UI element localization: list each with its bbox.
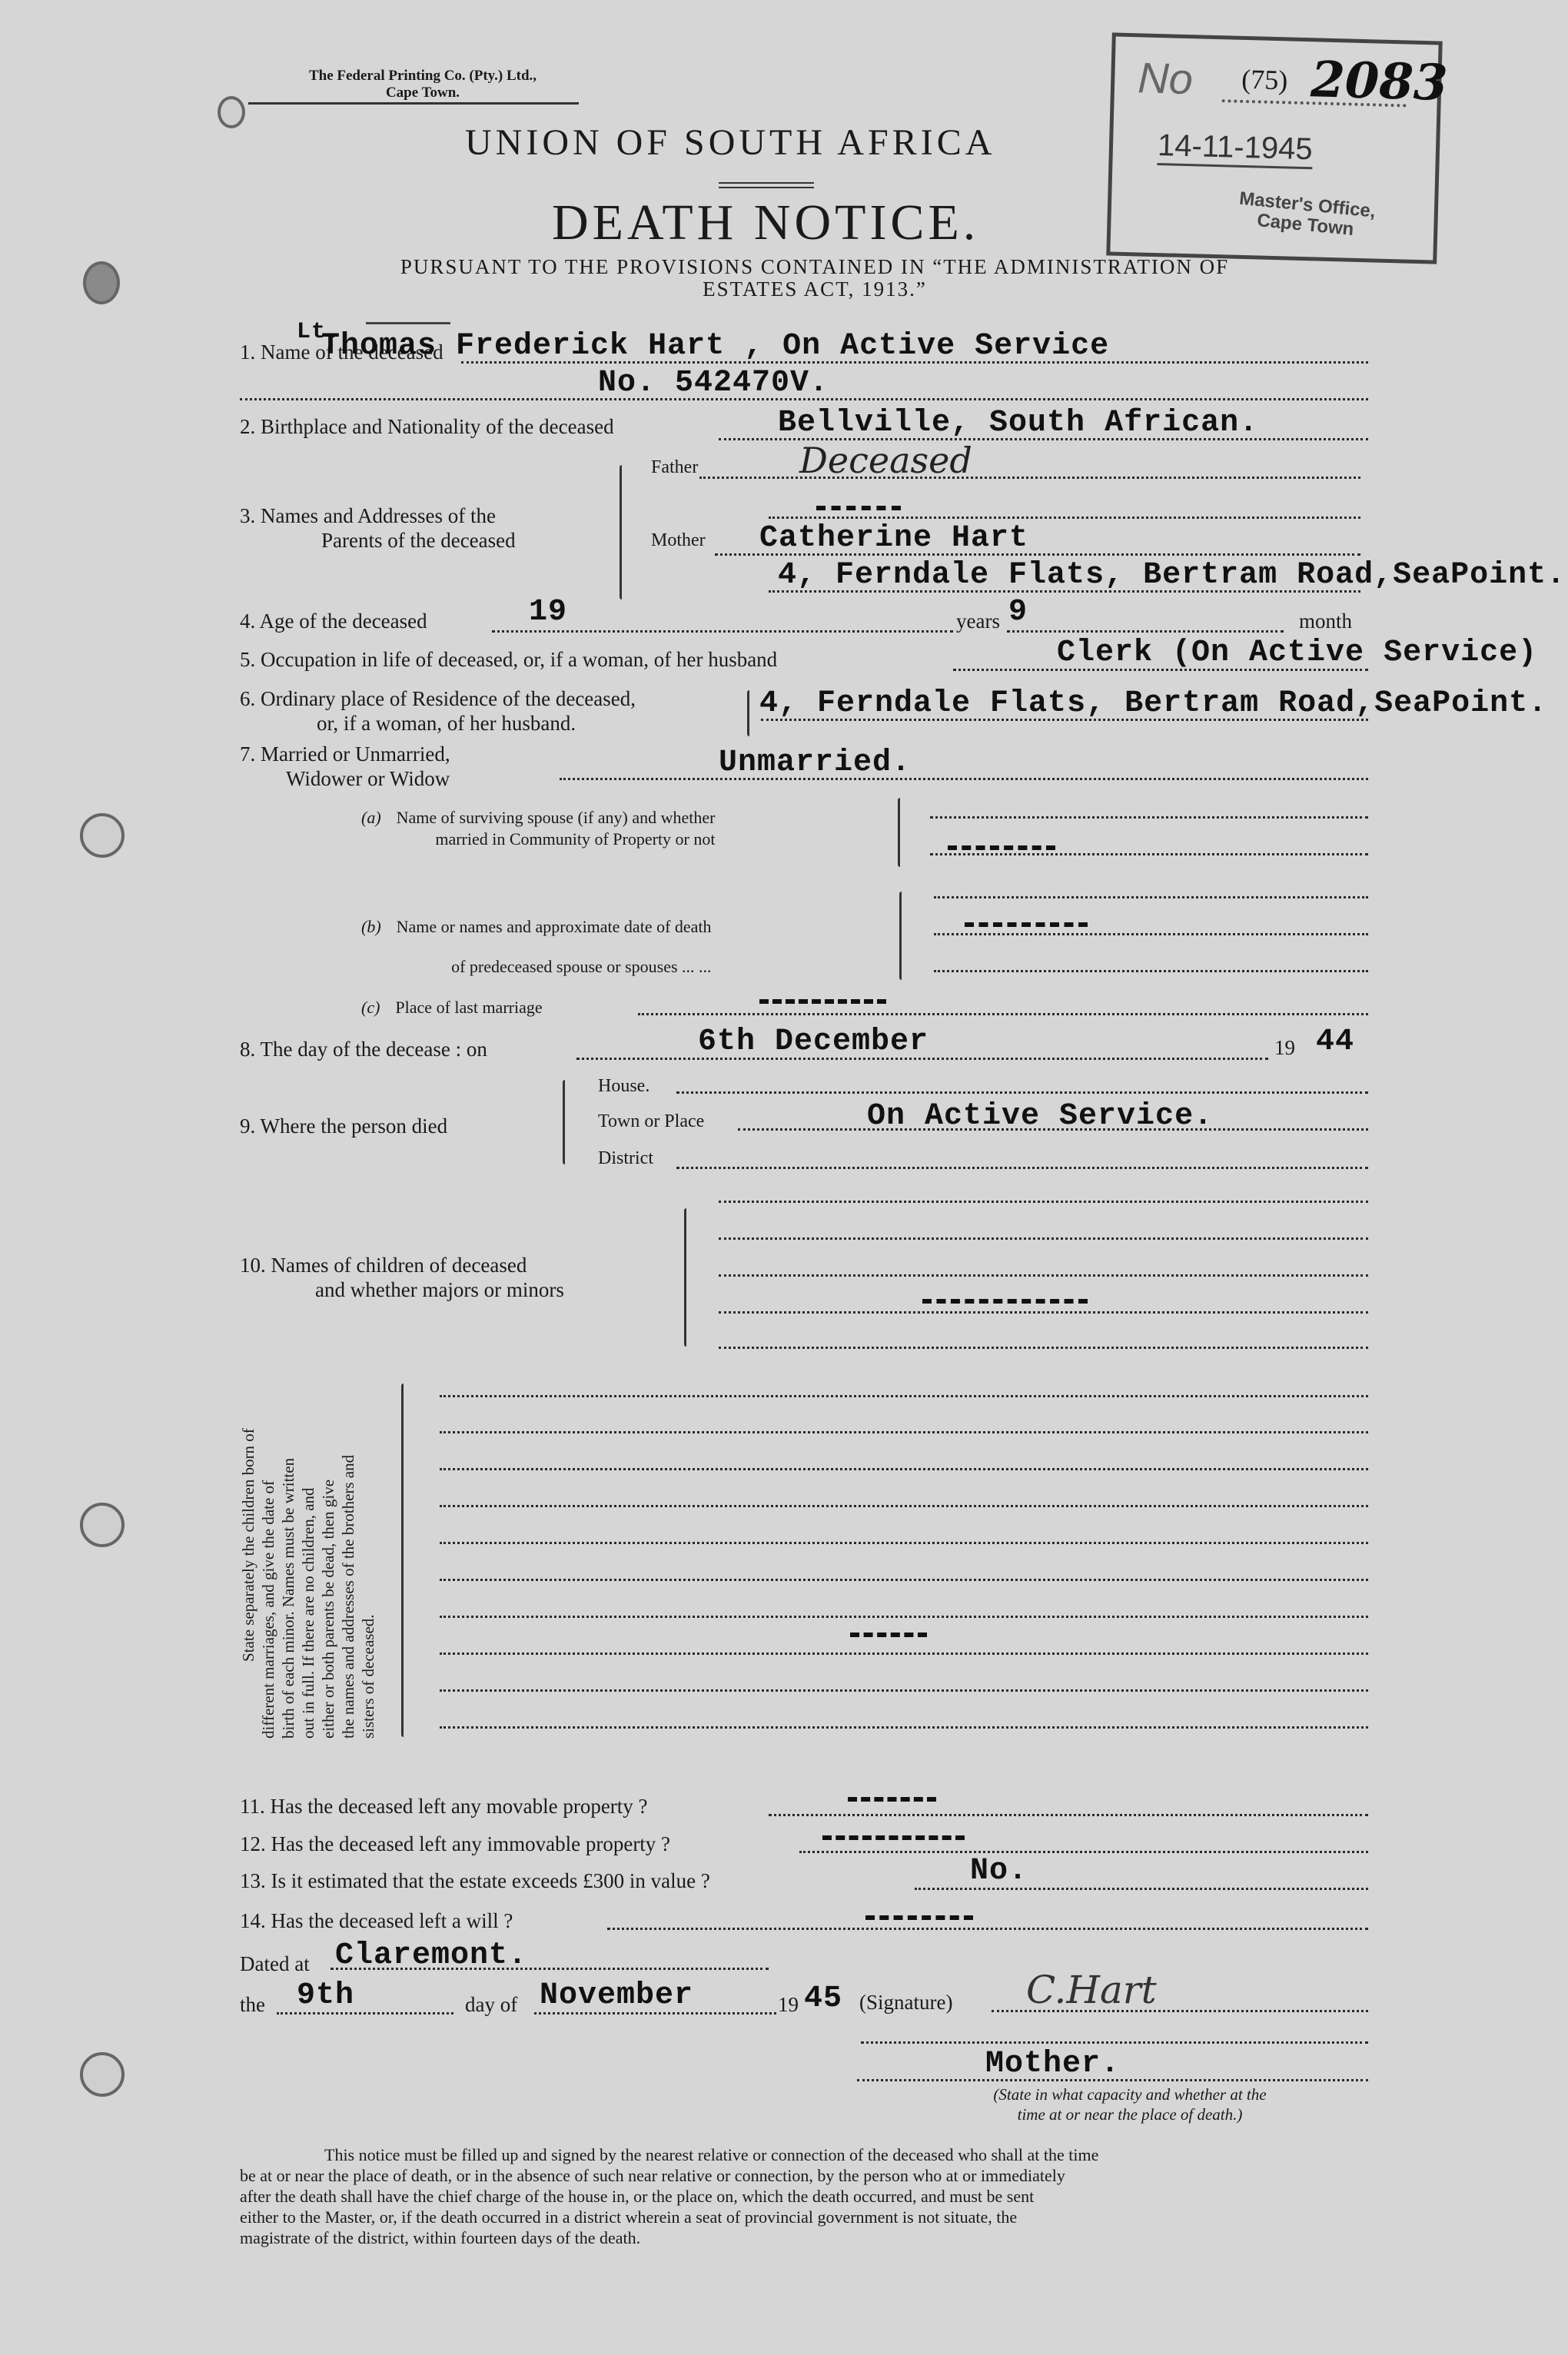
side-note: State separately the children born of di… <box>238 1377 378 1739</box>
side-note-brace <box>401 1383 404 1737</box>
district-dotted-line <box>676 1167 1368 1169</box>
house-label: House. <box>598 1076 649 1097</box>
footer-line-5: magistrate of the district, within fourt… <box>240 2227 1370 2248</box>
side-note-line-4: out in full. If there are no children, a… <box>298 1377 318 1739</box>
q8-label: 8. The day of the decease : on <box>240 1038 487 1061</box>
footer-line-2: be at or near the place of death, or in … <box>240 2165 1370 2186</box>
q14-label: 14. Has the deceased left a will ? <box>240 1909 513 1933</box>
q7a-brace <box>898 798 900 867</box>
q6-label: 6. Ordinary place of Residence of the de… <box>240 686 636 736</box>
q7a-value <box>948 845 1055 850</box>
q7-dotted-line <box>560 778 1368 780</box>
q7b-label: (b)Name or names and approximate date of… <box>361 907 712 987</box>
capacity-note: (State in what capacity and whether at t… <box>915 2084 1345 2124</box>
father-value[interactable]: Deceased <box>799 440 972 481</box>
year-value[interactable]: 45 <box>804 1981 842 2016</box>
q13-label: 13. Is it estimated that the estate exce… <box>240 1869 710 1893</box>
q7b-dotted-line <box>934 896 1368 898</box>
punch-hole <box>80 2052 125 2097</box>
header-rule <box>719 182 814 188</box>
q10-value <box>922 1299 1088 1304</box>
q7c-label-text: Place of last marriage <box>395 998 542 1017</box>
punch-hole <box>218 96 245 128</box>
punch-hole <box>83 261 120 304</box>
q5-label: 5. Occupation in life of deceased, or, i… <box>240 648 777 672</box>
q7a-label: (a)Name of surviving spouse (if any) and… <box>361 807 716 850</box>
father-dotted-line <box>699 477 1360 479</box>
q10-dotted-line-2 <box>719 1237 1368 1240</box>
q4-months-dotted-line <box>1007 630 1284 633</box>
q12-value <box>822 1835 965 1840</box>
side-dotted-line-2 <box>440 1431 1368 1433</box>
q4-years-dotted-line <box>492 630 953 633</box>
side-note-line-1: State separately the children born of <box>238 1377 258 1739</box>
page-subtitle: PURSUANT TO THE PROVISIONS CONTAINED IN … <box>261 256 1368 301</box>
side-note-line-6: the names and addresses of the brothers … <box>338 1377 358 1739</box>
subtitle-line-1: PURSUANT TO THE PROVISIONS CONTAINED IN … <box>261 256 1368 278</box>
mother-label: Mother <box>651 530 706 551</box>
punch-hole <box>80 1503 125 1547</box>
q7b-dotted-line-3 <box>934 970 1368 972</box>
q2-value[interactable]: Bellville, South African. <box>778 406 1258 440</box>
q7a-marker: (a) <box>361 808 381 827</box>
country-heading: UNION OF SOUTH AFRICA <box>465 121 995 164</box>
signature-value[interactable]: C.Hart <box>1026 1968 1157 2012</box>
side-dotted-line-6 <box>440 1579 1368 1581</box>
q4-years-label: years <box>956 610 1000 633</box>
q7a-label-line-1: Name of surviving spouse (if any) and wh… <box>397 808 716 827</box>
subtitle-line-2: ESTATES ACT, 1913.” <box>261 278 1368 301</box>
printer-rule <box>248 102 579 105</box>
q9-brace <box>563 1080 565 1164</box>
stamp-no-label: No <box>1138 52 1194 104</box>
stamp-prefix: (75) <box>1241 63 1288 97</box>
town-label: Town or Place <box>598 1111 704 1132</box>
footer-line-3: after the death shall have the chief cha… <box>240 2186 1370 2207</box>
q7a-dotted-line <box>930 816 1368 819</box>
q4-label: 4. Age of the deceased <box>240 610 427 633</box>
the-label: the <box>240 1993 265 2017</box>
q6-label-line-2: or, if a woman, of her husband. <box>240 711 636 736</box>
footer-line-1: This notice must be filled up and signed… <box>240 2144 1370 2165</box>
q9-label: 9. Where the person died <box>240 1114 447 1138</box>
q4-months-value[interactable]: 9 <box>1008 595 1028 629</box>
mother-value[interactable]: Catherine Hart <box>759 521 1028 556</box>
q3-label-line-2: Parents of the deceased <box>240 528 516 553</box>
q14-value <box>865 1915 973 1920</box>
side-note-line-5: either or both parents be dead, then giv… <box>318 1377 338 1739</box>
q7c-marker: (c) <box>361 998 380 1017</box>
header-double-rule <box>366 322 450 324</box>
side-dotted-line-9 <box>440 1689 1368 1692</box>
q10-dotted-line-4 <box>719 1311 1368 1314</box>
q7c-value <box>759 999 886 1004</box>
q13-value[interactable]: No. <box>970 1854 1028 1888</box>
printer-imprint: The Federal Printing Co. (Pty.) Ltd., Ca… <box>246 68 600 101</box>
capacity-note-line-2: time at or near the place of death.) <box>915 2104 1345 2124</box>
q10-label: 10. Names of children of deceased and wh… <box>240 1253 564 1302</box>
stamp-date: 14-11-1945 <box>1157 128 1313 169</box>
month-value[interactable]: November <box>540 1978 693 2013</box>
q8-century: 19 <box>1274 1036 1295 1060</box>
father-label: Father <box>651 457 698 478</box>
q7b-value <box>965 922 1088 927</box>
signature-dotted-line-2 <box>861 2041 1368 2044</box>
q11-value <box>848 1797 936 1802</box>
q1-value[interactable]: Thomas Frederick Hart , On Active Servic… <box>321 329 1109 364</box>
capacity-value[interactable]: Mother. <box>985 2047 1120 2081</box>
q7a-label-line-2: married in Community of Property or not <box>361 829 716 850</box>
q7b-label-line-2: of predeceased spouse or spouses ... ... <box>361 947 712 987</box>
q4-years-value[interactable]: 19 <box>529 595 567 629</box>
q10-label-line-2: and whether majors or minors <box>240 1277 564 1302</box>
q1-service-number[interactable]: No. 542470V. <box>598 366 829 400</box>
side-dotted-line-1 <box>440 1395 1368 1397</box>
q6-value[interactable]: 4, Ferndale Flats, Bertram Road,SeaPoint… <box>759 686 1547 721</box>
side-note-line-2: different marriages, and give the date o… <box>258 1377 278 1739</box>
q8-value[interactable]: 6th December <box>698 1025 929 1059</box>
q7c-dotted-line <box>638 1013 1368 1015</box>
q11-dotted-line <box>769 1814 1368 1816</box>
printer-name: The Federal Printing Co. (Pty.) Ltd., <box>246 68 600 85</box>
stamp-file-number: 2083 <box>1310 51 1448 112</box>
year-century: 19 <box>778 1993 799 2017</box>
side-dotted-line-5 <box>440 1542 1368 1544</box>
signature-label: (Signature) <box>859 1991 952 2015</box>
q7a-dotted-line-2 <box>930 853 1368 855</box>
district-label: District <box>598 1148 653 1169</box>
dated-at-label: Dated at <box>240 1952 310 1976</box>
printer-city: Cape Town. <box>246 85 600 101</box>
q3-label: 3. Names and Addresses of the Parents of… <box>240 503 516 553</box>
q10-brace <box>684 1208 686 1347</box>
punch-hole <box>80 813 125 858</box>
q10-label-line-1: 10. Names of children of deceased <box>240 1253 564 1277</box>
q14-dotted-line <box>607 1928 1368 1930</box>
q7-label-line-2: Widower or Widow <box>240 766 450 791</box>
q7-value[interactable]: Unmarried. <box>719 746 911 780</box>
q2-label: 2. Birthplace and Nationality of the dec… <box>240 415 614 439</box>
q7c-label: (c)Place of last marriage <box>361 998 543 1018</box>
side-note-line-3: birth of each minor. Names must be writt… <box>278 1377 298 1739</box>
footer-line-4: either to the Master, or, if the death o… <box>240 2207 1370 2227</box>
q4-months-label: month <box>1299 610 1352 633</box>
q12-label: 12. Has the deceased left any immovable … <box>240 1832 670 1856</box>
q3-brace <box>620 465 622 600</box>
q6-label-line-1: 6. Ordinary place of Residence of the de… <box>240 686 636 711</box>
masters-office-stamp: No (75) 2083 14-11-1945 Master's Office,… <box>1106 32 1442 264</box>
side-dotted-line-10 <box>440 1726 1368 1729</box>
q10-dotted-line-1 <box>719 1201 1368 1203</box>
father-dotted-line-2 <box>769 517 1360 519</box>
q5-value[interactable]: Clerk (On Active Service) <box>1057 636 1537 670</box>
q7b-dotted-line-2 <box>934 933 1368 935</box>
q3-label-line-1: 3. Names and Addresses of the <box>240 503 516 528</box>
page-title: DEATH NOTICE. <box>552 194 979 252</box>
town-value[interactable]: On Active Service. <box>867 1099 1213 1134</box>
side-dotted-line-3 <box>440 1468 1368 1470</box>
dated-at-value[interactable]: Claremont. <box>335 1938 527 1973</box>
house-dotted-line <box>676 1091 1368 1094</box>
side-note-line-7: sisters of deceased. <box>358 1377 378 1739</box>
q11-label: 11. Has the deceased left any movable pr… <box>240 1795 648 1819</box>
q7-label-line-1: 7. Married or Unmarried, <box>240 742 450 766</box>
side-note-value <box>850 1633 927 1637</box>
stamp-office: Master's Office, Cape Town <box>1237 189 1377 242</box>
capacity-note-line-1: (State in what capacity and whether at t… <box>915 2084 1345 2104</box>
day-of-label: day of <box>465 1993 517 2017</box>
footer-notice: This notice must be filled up and signed… <box>240 2144 1370 2248</box>
q10-dotted-line-3 <box>719 1274 1368 1277</box>
q10-dotted-line-5 <box>719 1347 1368 1349</box>
q7-label: 7. Married or Unmarried, Widower or Wido… <box>240 742 450 791</box>
side-dotted-line-8 <box>440 1652 1368 1655</box>
side-dotted-line-4 <box>440 1505 1368 1507</box>
day-value[interactable]: 9th <box>297 1978 354 2013</box>
q6-brace <box>747 690 749 736</box>
q8-year[interactable]: 44 <box>1316 1025 1354 1059</box>
q7b-brace <box>899 892 902 980</box>
q7b-label-line-1: Name or names and approximate date of de… <box>397 917 712 936</box>
father-dash <box>816 506 901 510</box>
mother-address[interactable]: 4, Ferndale Flats, Bertram Road,SeaPoint… <box>778 558 1566 593</box>
side-dotted-line-7 <box>440 1616 1368 1618</box>
q12-dotted-line <box>799 1851 1368 1853</box>
q7b-marker: (b) <box>361 917 381 936</box>
